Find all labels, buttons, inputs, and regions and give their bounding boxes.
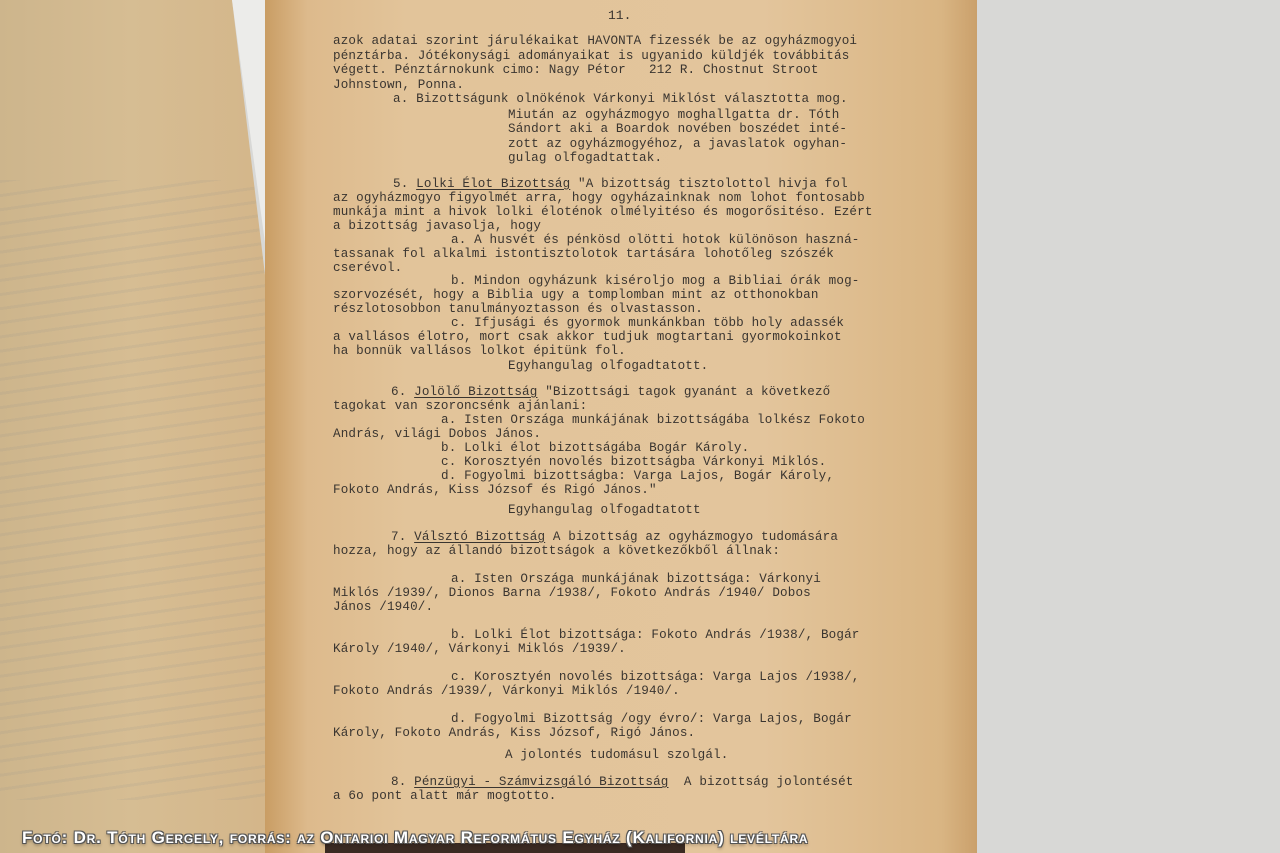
text-line: b. Lolki élot bizottságába Bogár Károly. (441, 441, 749, 456)
text-line: a. Isten Országa munkájának bizottsága: … (451, 572, 821, 587)
text-line: b. Lolki Élot bizottsága: Fokoto András … (451, 628, 860, 643)
text-line: d. Fogyolmi bizottságba: Varga Lajos, Bo… (441, 469, 834, 484)
text-line: szorvozését, hogy a Biblia ugy a tomplom… (333, 288, 819, 303)
section-title: Válsztó Bizottság (414, 530, 545, 544)
text-line: András, világi Dobos János. (333, 427, 541, 442)
text-line: zott az ogyházmogyéhoz, a javaslatok ogy… (508, 137, 847, 152)
text-line: Fokoto András, Kiss Józsof és Rigó János… (333, 483, 657, 498)
text-line: c. Korosztyén novolés bizottságba Várkon… (441, 455, 826, 470)
section-number: 5. (393, 177, 408, 191)
text-line: Fokoto András /1939/, Várkonyi Miklós /1… (333, 684, 680, 699)
section-title: Lolki Élot Bizottság (416, 177, 570, 191)
section-title: Pénzügyi - Számvizsgáló Bizottság (414, 775, 668, 789)
text-line: Károly /1940/, Várkonyi Miklós /1939/. (333, 642, 626, 657)
section-intro: "A bizottság tisztolottol hivja fol (578, 177, 848, 191)
text-line: tagokat van szoroncsénk ajánlani: (333, 399, 587, 414)
text-line: Miután az ogyházmogyo moghallgatta dr. T… (508, 108, 839, 123)
bleed-through-text (0, 180, 300, 800)
text-line: Miklós /1939/, Dionos Barna /1938/, Foko… (333, 586, 811, 601)
photo-credit: Fotó: Dr. Tóth Gergely, forrás: az Ontar… (22, 828, 1280, 848)
text-line: a. Bizottságunk olnökénok Várkonyi Mikló… (393, 92, 848, 107)
section-number: 6. (391, 385, 406, 399)
section-result: Egyhangulag olfogadtatott (508, 503, 701, 518)
text-line: a 6o pont alatt már mogtotto. (333, 789, 557, 804)
section-number: 8. (391, 775, 406, 789)
text-line: ha bonnük vallásos lolkot épitünk fol. (333, 344, 626, 359)
text-line: az ogyházmogyo figyolmét arra, hogy ogyh… (333, 191, 865, 206)
section-7-heading: 7. Válsztó Bizottság A bizottság az ogyh… (391, 530, 838, 545)
section-5-heading: 5. Lolki Élot Bizottság "A bizottság tis… (393, 177, 848, 192)
text-line: b. Mindon ogyházunk kiséroljo mog a Bibl… (451, 274, 860, 289)
text-line: d. Fogyolmi Bizottság /ogy évro/: Varga … (451, 712, 852, 727)
text-line: a. Isten Országa munkájának bizottságába… (441, 413, 865, 428)
section-title: Jolölő Bizottság (414, 385, 537, 399)
text-line: gulag olfogadtattak. (508, 151, 662, 166)
typewritten-text: azok adatai szorint járulékaikat HAVONTA… (333, 0, 933, 803)
text-line: munkája mint a hivok lolki éloténok olmé… (333, 205, 873, 220)
section-intro: A bizottság jolontését (669, 775, 854, 789)
text-line: Johnstown, Ponna. (333, 78, 464, 93)
text-line: János /1940/. (333, 600, 433, 615)
text-line: cserévol. (333, 261, 402, 276)
text-line: Sándort aki a Boardok novében boszédet i… (508, 122, 847, 137)
text-line: pénztárba. Jótékonysági adományaikat is … (333, 49, 849, 64)
text-line: a vallásos élotro, mort csak akkor tudju… (333, 330, 842, 345)
text-line: részlotosobbon tanulmányoztasson és olva… (333, 302, 703, 317)
text-line: a bizottság javasolja, hogy (333, 219, 541, 234)
section-result: A jolontés tudomásul szolgál. (505, 748, 729, 763)
text-line: azok adatai szorint járulékaikat HAVONTA… (333, 34, 857, 49)
section-6-heading: 6. Jolölő Bizottság "Bizottsági tagok gy… (391, 385, 830, 400)
section-8-heading: 8. Pénzügyi - Számvizsgáló Bizottság A b… (391, 775, 853, 790)
text-line: Károly, Fokoto András, Kiss Józsof, Rigó… (333, 726, 695, 741)
section-number: 7. (391, 530, 406, 544)
section-intro: "Bizottsági tagok gyanánt a következő (545, 385, 830, 399)
text-line: c. Ifjusági és gyormok munkánkban több h… (451, 316, 844, 331)
text-line: hozza, hogy az állandó bizottságok a köv… (333, 544, 780, 559)
section-intro: A bizottság az ogyházmogyo tudomására (545, 530, 838, 544)
section-result: Egyhangulag olfogadtatott. (508, 359, 708, 374)
text-line: tassanak fol alkalmi istontisztolotok ta… (333, 247, 834, 262)
text-line: a. A husvét és pénkösd olötti hotok külö… (451, 233, 860, 248)
text-line: végett. Pénztárnokunk cimo: Nagy Pétor 2… (333, 63, 819, 78)
text-line: c. Korosztyén novolés bizottsága: Varga … (451, 670, 860, 685)
